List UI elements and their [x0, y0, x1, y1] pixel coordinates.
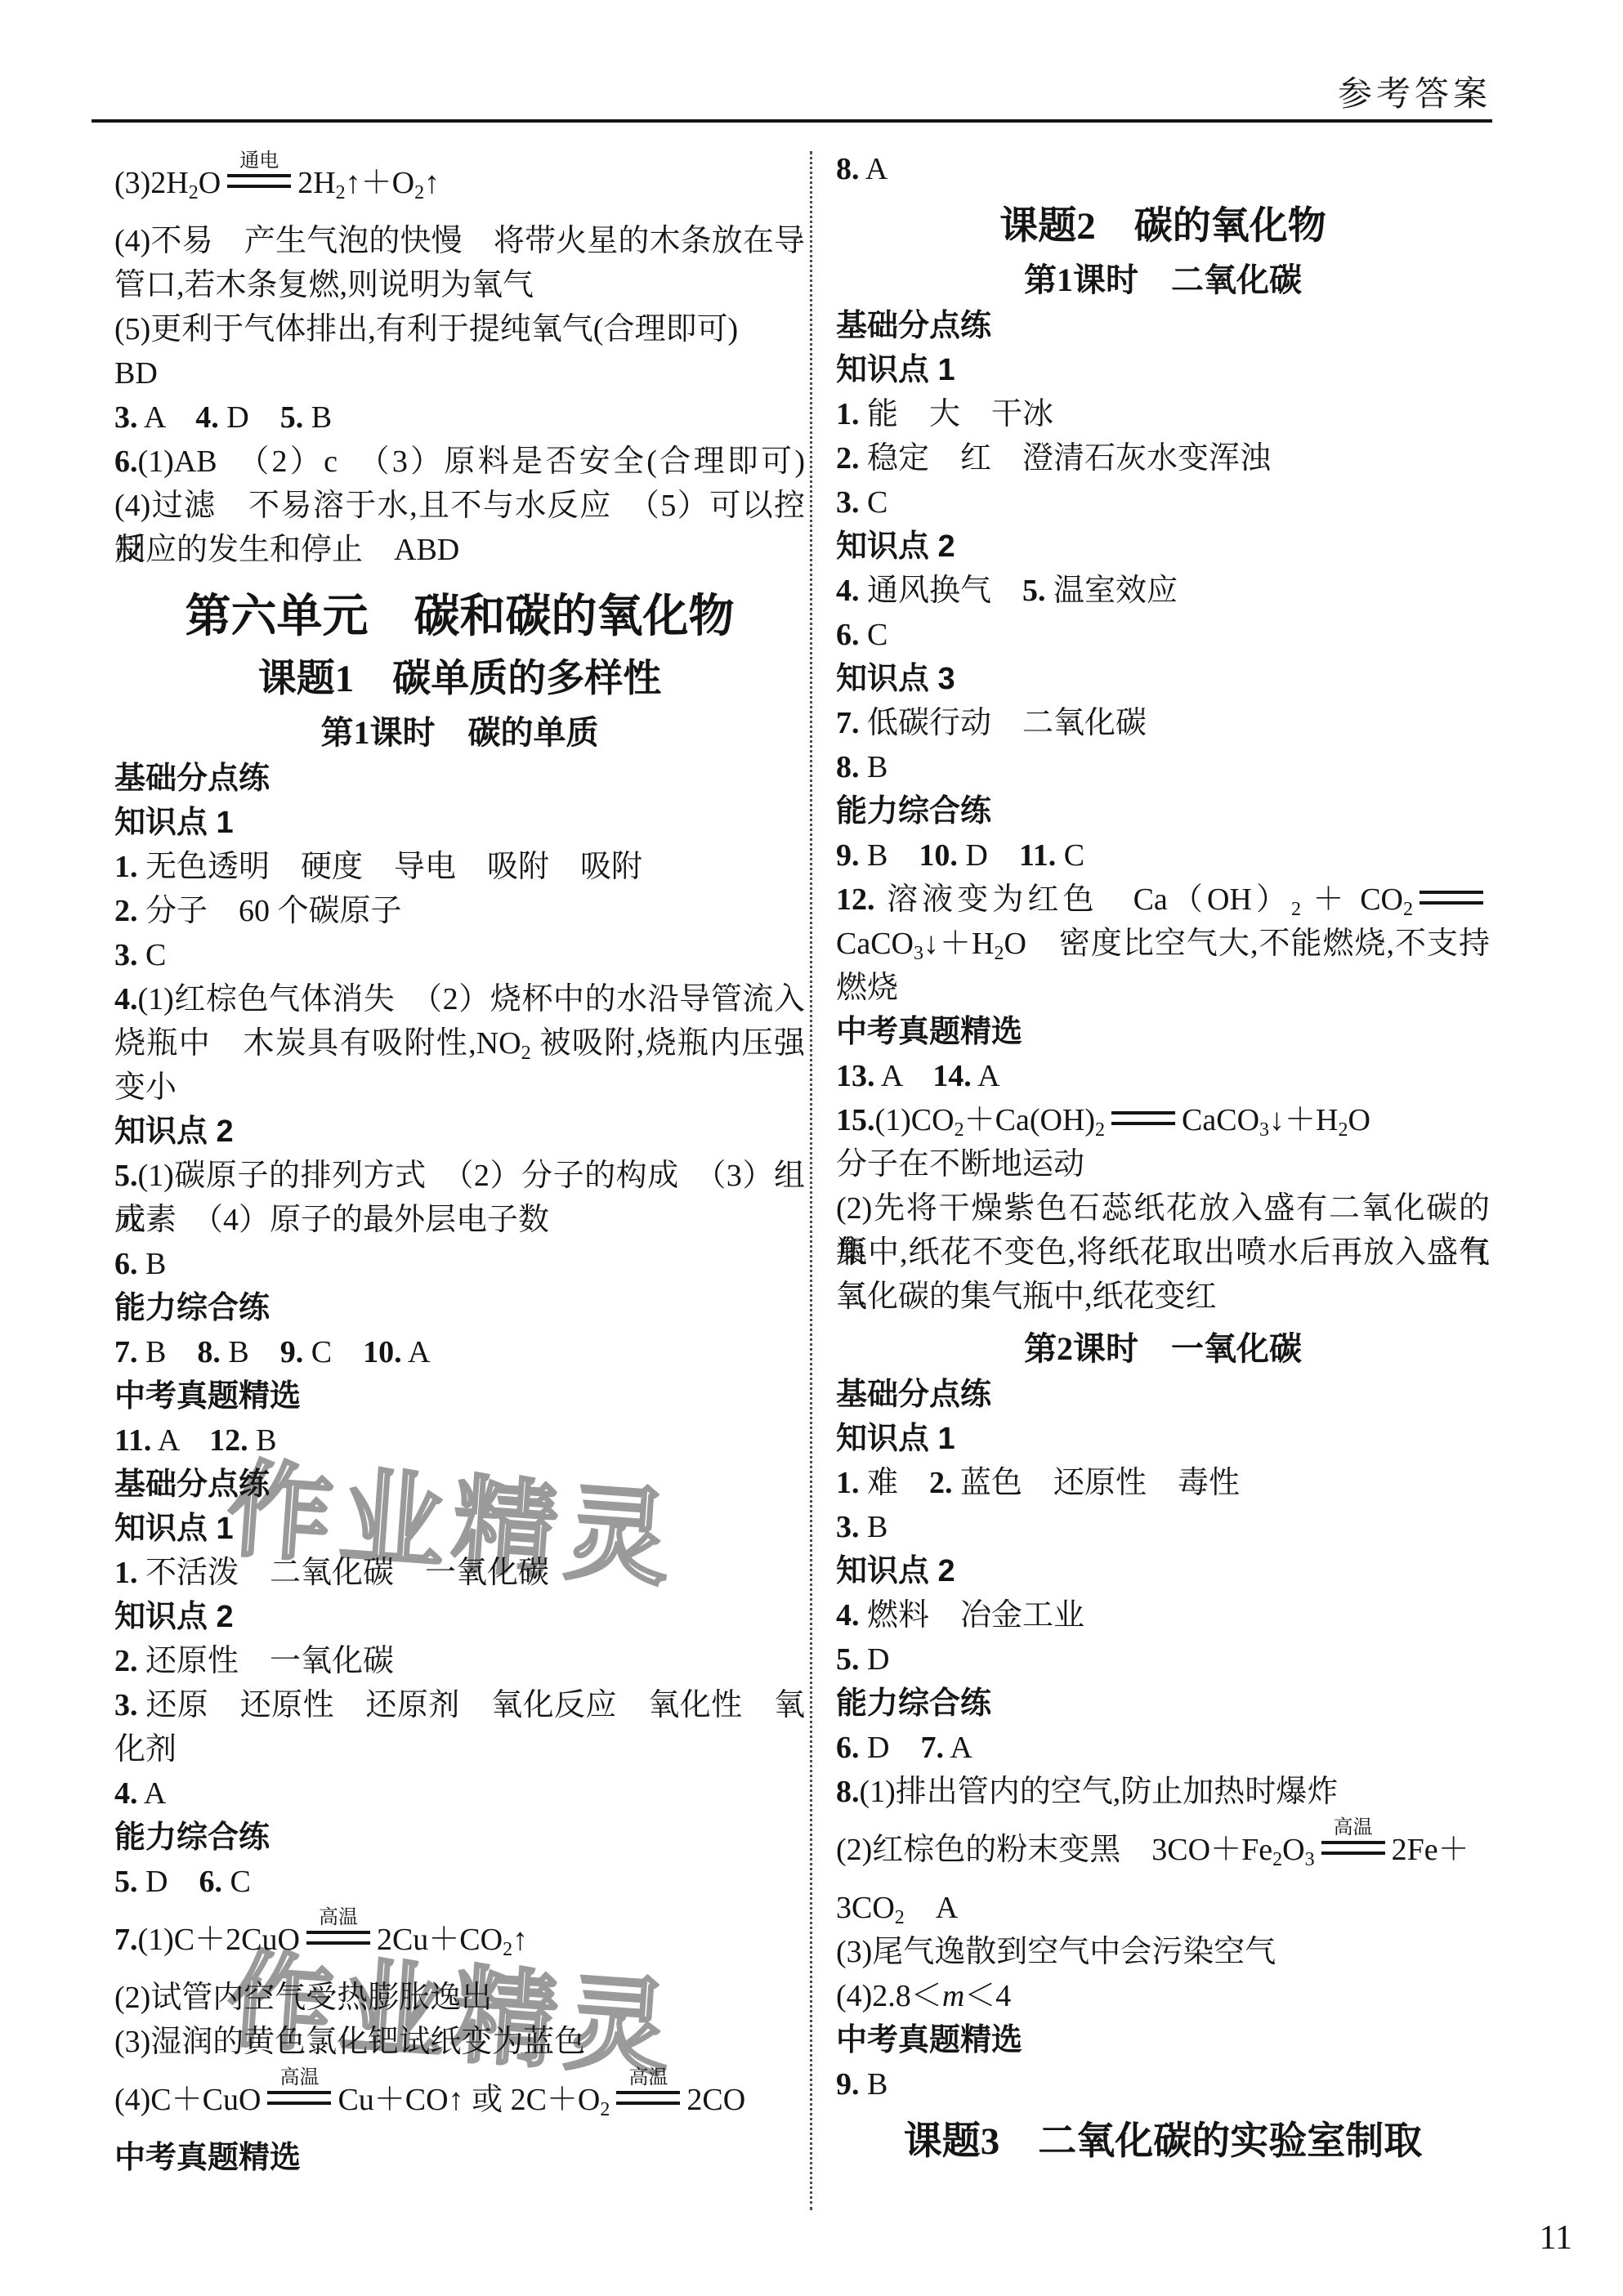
- answer-line: 4. 通风换气 5. 温室效应: [836, 569, 1490, 613]
- answer-line: 6. C: [836, 613, 1490, 657]
- answer-line: 5. D 6. C: [114, 1860, 805, 1904]
- answer-line: 3. 还原 还原性 还原剂 氧化反应 氧化性 氧: [114, 1683, 805, 1727]
- answer-line: 4. 燃料 冶金工业: [836, 1593, 1490, 1637]
- answer-line: 3. C: [114, 933, 805, 977]
- answer-line: 3CO2 A: [836, 1886, 1490, 1930]
- answer-line: 9. B 10. D 11. C: [836, 833, 1490, 878]
- page-number: 11: [1540, 2219, 1572, 2257]
- answer-line: 烧瓶中 木炭具有吸附性,NO2 被吸附,烧瓶内压强: [114, 1021, 805, 1065]
- reaction-condition-label: 高温: [1334, 1817, 1373, 1838]
- section-label: 中考真题精选: [836, 2018, 1490, 2062]
- answer-line: 管口,若木条复燃,则说明为氧气: [114, 263, 805, 307]
- answer-line: BD: [114, 351, 805, 395]
- answer-line: 5.(1)碳原子的排列方式 （2）分子的构成 （3）组成: [114, 1154, 805, 1198]
- lesson-heading: 第2课时 一氧化碳: [836, 1329, 1490, 1369]
- answer-line: 2. 还原性 一氧化碳: [114, 1639, 805, 1683]
- topic-heading: 课题3 二氧化碳的实验室制取: [836, 2118, 1490, 2165]
- section-label: 知识点 2: [836, 1549, 1490, 1593]
- answer-line: 元素 （4）原子的最外层电子数: [114, 1198, 805, 1242]
- reaction-equals-sign: [1111, 1111, 1175, 1125]
- answer-line: (2)试管内空气受热膨胀逸出: [114, 1976, 805, 2020]
- section-label: 能力综合练: [114, 1816, 805, 1860]
- section-label: 知识点 2: [836, 525, 1490, 569]
- lesson-heading: 第1课时 二氧化碳: [836, 260, 1490, 301]
- section-label: 知识点 1: [114, 1507, 805, 1551]
- answer-line: (2)先将干燥紫色石蕊纸花放入盛有二氧化碳的集气: [836, 1186, 1490, 1231]
- answer-line: 6. D 7. A: [836, 1726, 1490, 1770]
- section-label: 中考真题精选: [836, 1010, 1490, 1054]
- section-label: 中考真题精选: [114, 2136, 805, 2180]
- answer-line: 3. A 4. D 5. B: [114, 395, 805, 440]
- reaction-equals-sign: 高温: [306, 1931, 370, 1945]
- reaction-condition-label: 高温: [319, 1907, 358, 1928]
- answer-line: 1. 不活泼 二氧化碳 一氧化碳: [114, 1551, 805, 1595]
- answer-line: (3)湿润的黄色氯化钯试纸变为蓝色: [114, 2020, 805, 2064]
- answer-line: 12. 溶液变为红色 Ca（OH）2 ＋ CO2: [836, 878, 1490, 922]
- unit-heading: 第六单元 碳和碳的氧化物: [114, 590, 805, 644]
- header-rule: [92, 119, 1492, 123]
- section-label: 知识点 3: [836, 657, 1490, 701]
- equation-line: (4)C＋CuO高温Cu＋CO↑ 或 2C＋O2高温2CO: [114, 2064, 805, 2136]
- answer-line: 变小: [114, 1065, 805, 1110]
- answer-key-page: 参考答案 作业精灵 作业精灵 (3)2H2O通电2H2↑＋O2↑(4)不易 产生…: [0, 0, 1623, 2296]
- answer-line: 4. A: [114, 1771, 805, 1816]
- reaction-equals-sign: 高温: [1321, 1841, 1385, 1855]
- answer-line: (4)过滤 不易溶于水,且不与水反应 （5）可以控制: [114, 484, 805, 528]
- reaction-condition-label: 高温: [279, 2067, 319, 2088]
- answer-line: 燃烧: [836, 966, 1490, 1010]
- equation-line: 7.(1)C＋2CuO高温2Cu＋CO2↑: [114, 1904, 805, 1976]
- answer-line: 瓶中,纸花不变色,将纸花取出喷水后再放入盛有二: [836, 1231, 1490, 1275]
- section-label: 能力综合练: [836, 789, 1490, 833]
- equation-line: (3)2H2O通电2H2↑＋O2↑: [114, 147, 805, 219]
- section-label: 能力综合练: [836, 1682, 1490, 1726]
- answer-line: (4)不易 产生气泡的快慢 将带火星的木条放在导: [114, 219, 805, 263]
- reaction-condition-label: 高温: [628, 2067, 668, 2088]
- answers-column-right: 8. A课题2 碳的氧化物第1课时 二氧化碳基础分点练知识点 11. 能 大 干…: [836, 147, 1490, 2165]
- answer-line: 8. A: [836, 147, 1490, 191]
- equation-line: (2)红棕色的粉末变黑 3CO＋Fe2O3高温2Fe＋: [836, 1814, 1490, 1886]
- section-label: 知识点 2: [114, 1595, 805, 1639]
- answer-line: 6.(1)AB （2）c （3）原料是否安全(合理即可): [114, 440, 805, 484]
- column-divider: [810, 151, 812, 2210]
- section-label: 基础分点练: [114, 1463, 805, 1507]
- answer-line: 氧化碳的集气瓶中,纸花变红: [836, 1275, 1490, 1319]
- topic-heading: 课题1 碳单质的多样性: [114, 655, 805, 703]
- topic-heading: 课题2 碳的氧化物: [836, 203, 1490, 250]
- section-label: 能力综合练: [114, 1286, 805, 1330]
- answer-line: 2. 稳定 红 澄清石灰水变浑浊: [836, 436, 1490, 480]
- answer-line: 11. A 12. B: [114, 1418, 805, 1463]
- answer-line: 反应的发生和停止 ABD: [114, 528, 805, 572]
- answer-line: 1. 无色透明 硬度 导电 吸附 吸附: [114, 845, 805, 889]
- answer-line: 13. A 14. A: [836, 1054, 1490, 1098]
- answer-line: 5. D: [836, 1637, 1490, 1682]
- answer-line: 15.(1)CO2＋Ca(OH)2CaCO3↓＋H2O: [836, 1098, 1490, 1142]
- answer-line: CaCO3↓＋H2O 密度比空气大,不能燃烧,不支持: [836, 922, 1490, 966]
- section-label: 基础分点练: [836, 304, 1490, 348]
- answer-line: 2. 分子 60 个碳原子: [114, 889, 805, 933]
- answer-line: 7. 低碳行动 二氧化碳: [836, 701, 1490, 745]
- answer-line: (5)更利于气体排出,有利于提纯氧气(合理即可): [114, 307, 805, 351]
- section-label: 知识点 2: [114, 1110, 805, 1154]
- answer-line: 9. B: [836, 2062, 1490, 2106]
- section-label: 知识点 1: [114, 801, 805, 845]
- section-label: 知识点 1: [836, 348, 1490, 392]
- page-title: 参考答案: [1338, 75, 1491, 113]
- answer-line: 7. B 8. B 9. C 10. A: [114, 1330, 805, 1374]
- reaction-equals-sign: 通电: [227, 174, 291, 188]
- answer-line: 3. B: [836, 1505, 1490, 1549]
- answer-line: (4)2.8＜m＜4: [836, 1974, 1490, 2018]
- answer-line: 1. 能 大 干冰: [836, 392, 1490, 436]
- answer-line: 1. 难 2. 蓝色 还原性 毒性: [836, 1461, 1490, 1505]
- answer-line: 8.(1)排出管内的空气,防止加热时爆炸: [836, 1770, 1490, 1814]
- answers-column-left: (3)2H2O通电2H2↑＋O2↑(4)不易 产生气泡的快慢 将带火星的木条放在…: [114, 147, 805, 2180]
- answer-line: 8. B: [836, 745, 1490, 789]
- reaction-equals-sign: [1420, 891, 1483, 905]
- reaction-equals-sign: 高温: [267, 2091, 331, 2105]
- answer-line: (3)尾气逸散到空气中会污染空气: [836, 1930, 1490, 1974]
- reaction-condition-label: 通电: [239, 150, 279, 172]
- section-label: 基础分点练: [836, 1373, 1490, 1417]
- reaction-equals-sign: 高温: [616, 2091, 680, 2105]
- section-label: 中考真题精选: [114, 1374, 805, 1418]
- answer-line: 分子在不断地运动: [836, 1142, 1490, 1186]
- section-label: 基础分点练: [114, 757, 805, 801]
- lesson-heading: 第1课时 碳的单质: [114, 712, 805, 753]
- answer-line: 4.(1)红棕色气体消失 （2）烧杯中的水沿导管流入: [114, 977, 805, 1021]
- answer-line: 化剂: [114, 1727, 805, 1771]
- answer-line: 3. C: [836, 480, 1490, 525]
- answer-line: 6. B: [114, 1242, 805, 1286]
- section-label: 知识点 1: [836, 1417, 1490, 1461]
